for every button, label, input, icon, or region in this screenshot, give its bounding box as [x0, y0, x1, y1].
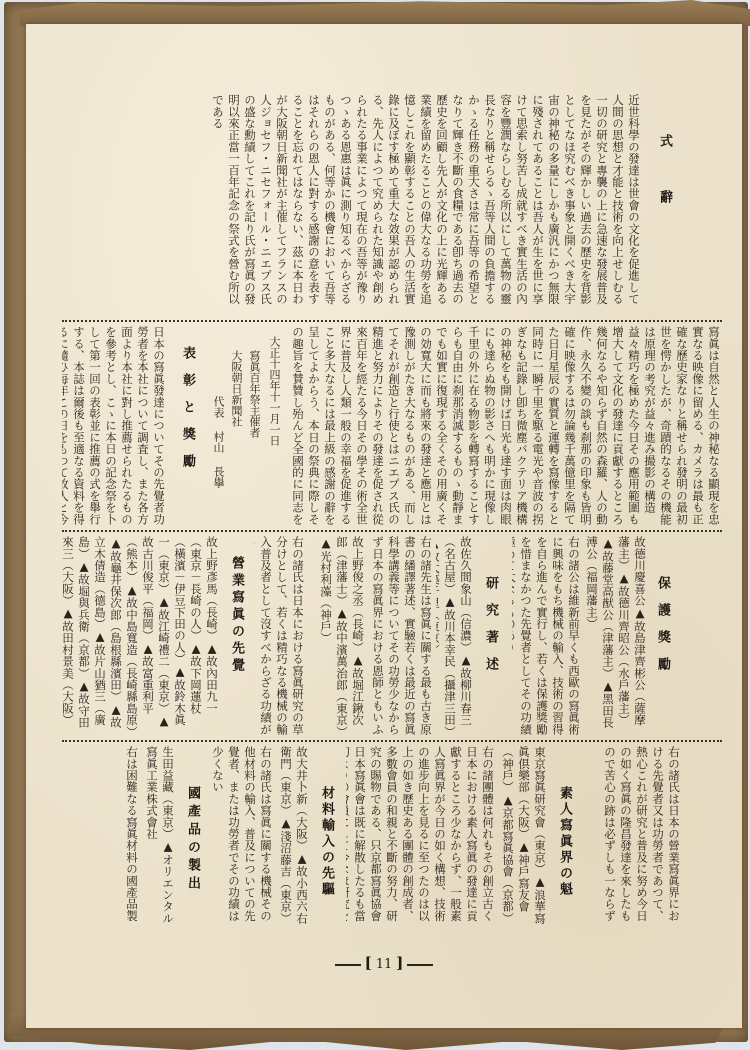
- kenkyu-note: 右の諸先生は寫眞に關する最も古き原書の繙譯著述、實驗若くは最近の寫眞科學講義等に…: [368, 536, 434, 736]
- section-heading-zairyo: 材料輸入の先驅: [317, 786, 336, 898]
- shiroto-entries: 東京寫眞研究會（東京）▲浪華寫眞倶樂部（大阪）▲神戶寫友會（神戶）▲京都寫眞協會…: [498, 746, 548, 926]
- kokusan-entries: 生田益藏（東京）▲オリエンタル寫眞工業株式會社: [142, 746, 176, 926]
- signature-company: 大阪朝日新聞社: [228, 350, 244, 550]
- band-groups-and-materials: 右の諸氏は日本の營業寫眞界における先覺者又は功勞者であつて、熱心これが研究と普及…: [62, 746, 722, 976]
- band-address-continued: 寫眞は自然と人生の神秘なる顯現を忠實なる映像に留める、カメラは最も正確な歷史家な…: [62, 326, 722, 526]
- eigyo-entries: 故上野彥馬（長崎）▲故內田九一（東京－長崎の人）▲故下岡蓮杖（橫濱－伊豆下田の人…: [62, 536, 220, 736]
- torn-binding-top: [20, 0, 750, 26]
- hogo-note: 右の諸公は維新前早くも西歐の寫眞術に興味をもち機械の輸入、技術の習得を自ら進んで…: [512, 536, 582, 736]
- opening-address-text: 近世科學の發達は世會の文化を促進して人間の思想と才能と技術を向上せしむる一切の研…: [62, 94, 642, 316]
- document-page: 式 辭 近世科學の發達は世會の文化を促進して人間の思想と才能と技術を向上せしむる…: [26, 24, 742, 1028]
- shiroto-note: 右の諸團體は何れもその創立古く日本における素人寫眞の發達に貢獻するところ少なから…: [346, 746, 496, 926]
- divider-rule: [62, 740, 722, 742]
- zairyo-entries: 故大井卜新（大阪）▲故小西六右衛門（東京）▲淺沼藤吉（東京）▲桑田正三郎（大阪）: [276, 746, 310, 926]
- section-heading-hyosho: 表彰と獎勵: [178, 346, 197, 481]
- kokusan-note: 右は困難なる寫眞材料の國產品製出について: [122, 746, 140, 926]
- zairyo-note: 右の諸氏は寫眞に關する機械その他材料の輸入、普及についての先覺者、または功勞者で…: [208, 746, 274, 926]
- section-heading-kokusan: 國產品の製出: [183, 786, 202, 894]
- opening-address-text-continued: 寫眞は自然と人生の神秘なる顯現を忠實なる映像に留める、カメラは最も正確な歷史家な…: [292, 326, 722, 526]
- bracket-left: [: [365, 954, 372, 972]
- page-number-dash-right: [407, 964, 433, 966]
- band-honorees: 保護獎勵 故德川慶喜公▲故島津齊彬公（薩摩藩主）▲故德川齊昭公（水戶藩主）▲故藤…: [62, 536, 722, 736]
- yunyu-sakigake-entries: 故上野俊之丞（長崎）▲故堀江鍬次郎（津藩士）▲故中濱萬治郎（東京）▲光村利藻（神…: [308, 536, 366, 736]
- section-heading-shiroto: 素人寫眞界の魁: [555, 786, 574, 898]
- hyosho-text: 日本の寫眞發達についてその先覺者功勞者を本社について調査し、また各方面より本社に…: [62, 326, 167, 526]
- band-opening-address: 式 辭 近世科學の發達は世會の文化を促進して人間の思想と才能と技術を向上せしむる…: [62, 94, 722, 316]
- page-number-value: 11: [376, 957, 393, 972]
- kenkyu-entries: 故佐久間象山（信濃）▲故柳川春三（名古屋）▲故川本幸民（攝津三田）▲故大築千里（…: [436, 536, 474, 736]
- signature-organizer: 寫眞百年祭主催者: [246, 350, 262, 550]
- section-heading-eigyo: 營業寫眞の先覺: [227, 556, 246, 675]
- address-date: 大正十四年十一月一日: [266, 336, 282, 536]
- yunyu-sakigake-note: 右の諸氏は日本における寫眞研究の草分けとして、若くは精巧なる機械の輸入普及者とし…: [254, 536, 306, 736]
- bracket-right: ]: [396, 954, 403, 972]
- eigyo-note: 右の諸氏は日本の營業寫眞界における先覺者又は功勞者であつて、熱心これが研究と普及…: [602, 746, 682, 926]
- hogo-entries: 故德川慶喜公▲故島津齊彬公（薩摩藩主）▲故德川齊昭公（水戶藩主）▲故藤堂高猷公（…: [584, 536, 648, 736]
- section-heading-hogo: 保護獎勵: [653, 576, 672, 684]
- section-heading-shiki-ji: 式 辭: [655, 134, 674, 217]
- divider-rule: [62, 530, 722, 532]
- section-heading-kenkyu: 研究著述: [481, 576, 500, 684]
- page-number-dash-left: [335, 964, 361, 966]
- divider-rule: [62, 320, 722, 322]
- page-number: [11]: [26, 954, 742, 972]
